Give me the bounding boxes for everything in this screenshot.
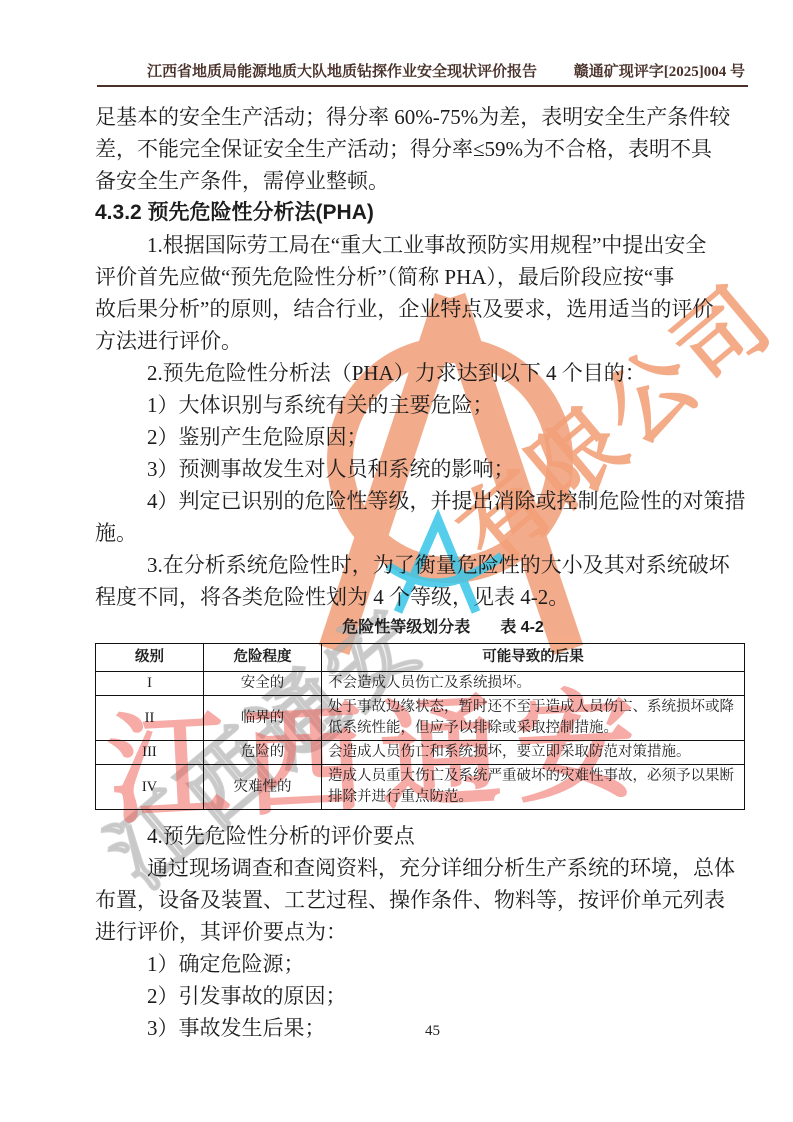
list-item: 4）判定已识别的危险性等级，并提出消除或控制危险性的对策措	[95, 485, 745, 517]
list-item: 1）确定危险源；	[95, 948, 745, 980]
page-number: 45	[36, 1023, 793, 1040]
document-page: 江西通安 有限公司 江西通安 江西省地质局能源地质大队地质钻探作业安全现状评价报…	[0, 0, 793, 1122]
body-line: 1.根据国际劳工局在“重大工业事故预防实用规程”中提出安全	[95, 229, 745, 261]
body-line: 差，不能完全保证安全生产活动；得分率≤59%为不合格，表明不具	[95, 133, 745, 165]
cell-level: IV	[96, 765, 204, 810]
column-header-consequence: 可能导致的后果	[322, 644, 745, 672]
body-line: 足基本的安全生产活动；得分率 60%-75%为差，表明安全生产条件较	[95, 101, 745, 133]
cell-level: III	[96, 741, 204, 765]
cell-level: II	[96, 696, 204, 741]
table-caption-tag: 表 4-2	[500, 615, 544, 641]
body-line: 评价首先应做“预先危险性分析”（简称 PHA），最后阶段应按“事	[95, 261, 745, 293]
document-body: 足基本的安全生产活动；得分率 60%-75%为差，表明安全生产条件较 差，不能完…	[95, 101, 745, 1044]
body-line: 备安全生产条件，需停业整顿。	[95, 165, 745, 197]
header-doc-number: 赣通矿现评字[2025]004 号	[574, 60, 745, 81]
body-line: 3.在分析系统危险性时，为了衡量危险性的大小及其对系统破坏	[95, 549, 745, 581]
header-rule	[97, 85, 748, 87]
body-line: 通过现场调查和查阅资料，充分详细分析生产系统的环境，总体	[95, 852, 745, 884]
table-caption: 危险性等级划分表 表 4-2	[95, 615, 745, 641]
table-row: IV 灾难性的 造成人员重大伤亡及系统严重破坏的灾难性事故，必须予以果断排除并进…	[96, 765, 745, 810]
table-row: III 危险的 会造成人员伤亡和系统损坏，要立即采取防范对策措施。	[96, 741, 745, 765]
table-header-row: 级别 危险程度 可能导致的后果	[96, 644, 745, 672]
risk-grade-table: 级别 危险程度 可能导致的后果 I 安全的 不会造成人员伤亡及系统损坏。 II …	[95, 643, 745, 810]
column-header-degree: 危险程度	[204, 644, 322, 672]
body-line: 布置，设备及装置、工艺过程、操作条件、物料等，按评价单元列表	[95, 884, 745, 916]
table-caption-title: 危险性等级划分表	[342, 615, 470, 641]
header-report-title: 江西省地质局能源地质大队地质钻探作业安全现状评价报告	[147, 60, 537, 81]
cell-degree: 临界的	[204, 696, 322, 741]
cell-level: I	[96, 672, 204, 696]
cell-consequence: 会造成人员伤亡和系统损坏，要立即采取防范对策措施。	[322, 741, 745, 765]
list-item: 3）预测事故发生对人员和系统的影响；	[95, 453, 745, 485]
body-line: 施。	[95, 517, 745, 549]
page-header: 江西省地质局能源地质大队地质钻探作业安全现状评价报告 赣通矿现评字[2025]0…	[95, 60, 745, 81]
table-row: I 安全的 不会造成人员伤亡及系统损坏。	[96, 672, 745, 696]
table-row: II 临界的 处于事故边缘状态，暂时还不至于造成人员伤亡、系统损坏或降低系统性能…	[96, 696, 745, 741]
body-line: 进行评价，其评价要点为：	[95, 916, 745, 948]
list-item: 1）大体识别与系统有关的主要危险；	[95, 389, 745, 421]
cell-degree: 灾难性的	[204, 765, 322, 810]
section-heading: 4.3.2 预先危险性分析法(PHA)	[95, 197, 745, 229]
body-line: 4.预先危险性分析的评价要点	[95, 820, 745, 852]
cell-consequence: 造成人员重大伤亡及系统严重破坏的灾难性事故，必须予以果断排除并进行重点防范。	[322, 765, 745, 810]
body-line: 程度不同，将各类危险性划为 4 个等级，见表 4-2。	[95, 581, 745, 613]
cell-consequence: 不会造成人员伤亡及系统损坏。	[322, 672, 745, 696]
cell-degree: 危险的	[204, 741, 322, 765]
cell-consequence: 处于事故边缘状态，暂时还不至于造成人员伤亡、系统损坏或降低系统性能，但应予以排除…	[322, 696, 745, 741]
cell-degree: 安全的	[204, 672, 322, 696]
body-line: 2.预先危险性分析法（PHA）力求达到以下 4 个目的：	[95, 357, 745, 389]
body-line: 故后果分析”的原则，结合行业，企业特点及要求，选用适当的评价	[95, 293, 745, 325]
body-line: 方法进行评价。	[95, 325, 745, 357]
list-item: 2）鉴别产生危险原因；	[95, 421, 745, 453]
column-header-level: 级别	[96, 644, 204, 672]
list-item: 2）引发事故的原因；	[95, 980, 745, 1012]
